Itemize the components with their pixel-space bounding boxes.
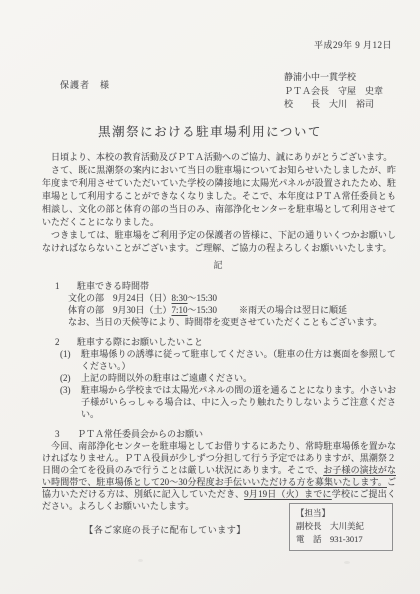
item1-marker: (1) — [60, 348, 81, 372]
item2-marker: (2) — [60, 372, 81, 384]
section-parking-requests: 2 駐車する際にお願いしたいこと (1) 駐車場係りの誘導に従って駐車してくださ… — [42, 336, 396, 420]
document-body: 日頃より、本校の教育活動及びＰＴＡ活動へのご協力、誠にありがとうございます。 さ… — [42, 151, 396, 512]
item1-text: 駐車場係りの誘導に従って駐車してください。（駐車の仕方は裏面を参照してください。… — [81, 348, 396, 372]
sender-pta-chair: ＰＴＡ会長 守屋 史章 — [284, 85, 383, 99]
ki-marker: 記 — [42, 259, 396, 272]
deadline-underlined: 9月19日（火）までに — [244, 489, 332, 499]
list-item: (3) 駐車場から学校までは太陽光パネルの間の道を通ることになります。小さいお子… — [60, 384, 396, 420]
sender-block: 静浦小中一貫学校 ＰＴＡ会長 守屋 史章 校 長 大川 裕司 — [284, 71, 383, 112]
culture-day-line: 文化の部 9月24日（日）8:30～15:30 — [68, 292, 396, 304]
section3-heading-text: ＰＴＡ常任委員会からのお願い — [77, 428, 203, 440]
section3-paragraph: 今回、南部浄化センターを駐車場としてお借りするにあたり、常時駐車場係を置かなけれ… — [42, 440, 396, 512]
section3-heading: 3 ＰＴＡ常任委員会からのお願い — [42, 428, 396, 440]
section1-body: 文化の部 9月24日（日）8:30～15:30 体育の部 9月30日（土）7:1… — [68, 292, 396, 328]
request-paragraph: つきましては、駐車場をご利用予定の保護者の皆様に、下記の通りいくつかお願いしなけ… — [42, 229, 396, 255]
section1-heading-text: 駐車できる時間帯 — [77, 280, 149, 292]
sports-day-label: 体育の部 9月30日（土） — [68, 305, 172, 315]
culture-day-end-time: ～15:30 — [188, 293, 218, 303]
section2-heading: 2 駐車する際にお願いしたいこと — [42, 336, 396, 348]
greeting-paragraph: 日頃より、本校の教育活動及びＰＴＡ活動へのご協力、誠にありがとうございます。 — [42, 151, 396, 164]
document-date: 平成29年 9 月12日 — [314, 39, 392, 52]
sports-day-end-time: ～15:30 — [188, 305, 218, 315]
rain-postpone-note: ※雨天の場合は翌日に順延 — [239, 305, 347, 315]
section2-number: 2 — [55, 336, 77, 348]
section1-heading: 1 駐車できる時間帯 — [42, 280, 396, 292]
item3-marker: (3) — [60, 384, 81, 420]
contact-label: 【担当】 — [296, 507, 386, 520]
weather-change-note: なお、当日の天候等により、時間帯を変更させていただくこともございます。 — [68, 316, 396, 328]
culture-day-label: 文化の部 9月24日（日） — [68, 293, 172, 303]
section1-number: 1 — [55, 280, 77, 292]
item3-text: 駐車場から学校までは太陽光パネルの間の道を通ることになります。小さいお子様がいら… — [81, 384, 396, 420]
document-title: 黒潮祭における駐車場利用について — [0, 126, 420, 139]
sports-day-start-time: 7:10 — [172, 305, 188, 315]
section3-number: 3 — [55, 428, 77, 440]
culture-day-start-time: 8:30 — [172, 293, 188, 303]
distribution-note: 【各ご家庭の長子に配布しています】 — [0, 524, 330, 537]
background-paragraph: さて、既に黒潮祭の案内において当日の駐車場についてお知らせいたしましたが、昨年度… — [42, 164, 396, 229]
sender-school: 静浦小中一貫学校 — [284, 71, 383, 85]
section-pta-request: 3 ＰＴＡ常任委員会からのお願い 今回、南部浄化センターを駐車場としてお借りする… — [42, 428, 396, 512]
item2-text: 上記の時間以外の駐車はご遠慮ください。 — [81, 372, 396, 384]
sports-day-line: 体育の部 9月30日（土）7:10～15:30※雨天の場合は翌日に順延 — [68, 304, 396, 316]
scan-speckle — [344, 561, 350, 564]
sender-principal: 校 長 大川 裕司 — [284, 98, 383, 112]
scan-speckle — [138, 559, 143, 562]
list-item: (1) 駐車場係りの誘導に従って駐車してください。（駐車の仕方は裏面を参照してく… — [60, 348, 396, 372]
section2-heading-text: 駐車する際にお願いしたいこと — [77, 336, 203, 348]
list-item: (2) 上記の時間以外の駐車はご遠慮ください。 — [60, 372, 396, 384]
scanned-letter-page: 平成29年 9 月12日 保護者 様 静浦小中一貫学校 ＰＴＡ会長 守屋 史章 … — [0, 0, 420, 594]
recipient-line: 保護者 様 — [60, 79, 110, 92]
section-parking-hours: 1 駐車できる時間帯 文化の部 9月24日（日）8:30～15:30 体育の部 … — [42, 280, 396, 328]
